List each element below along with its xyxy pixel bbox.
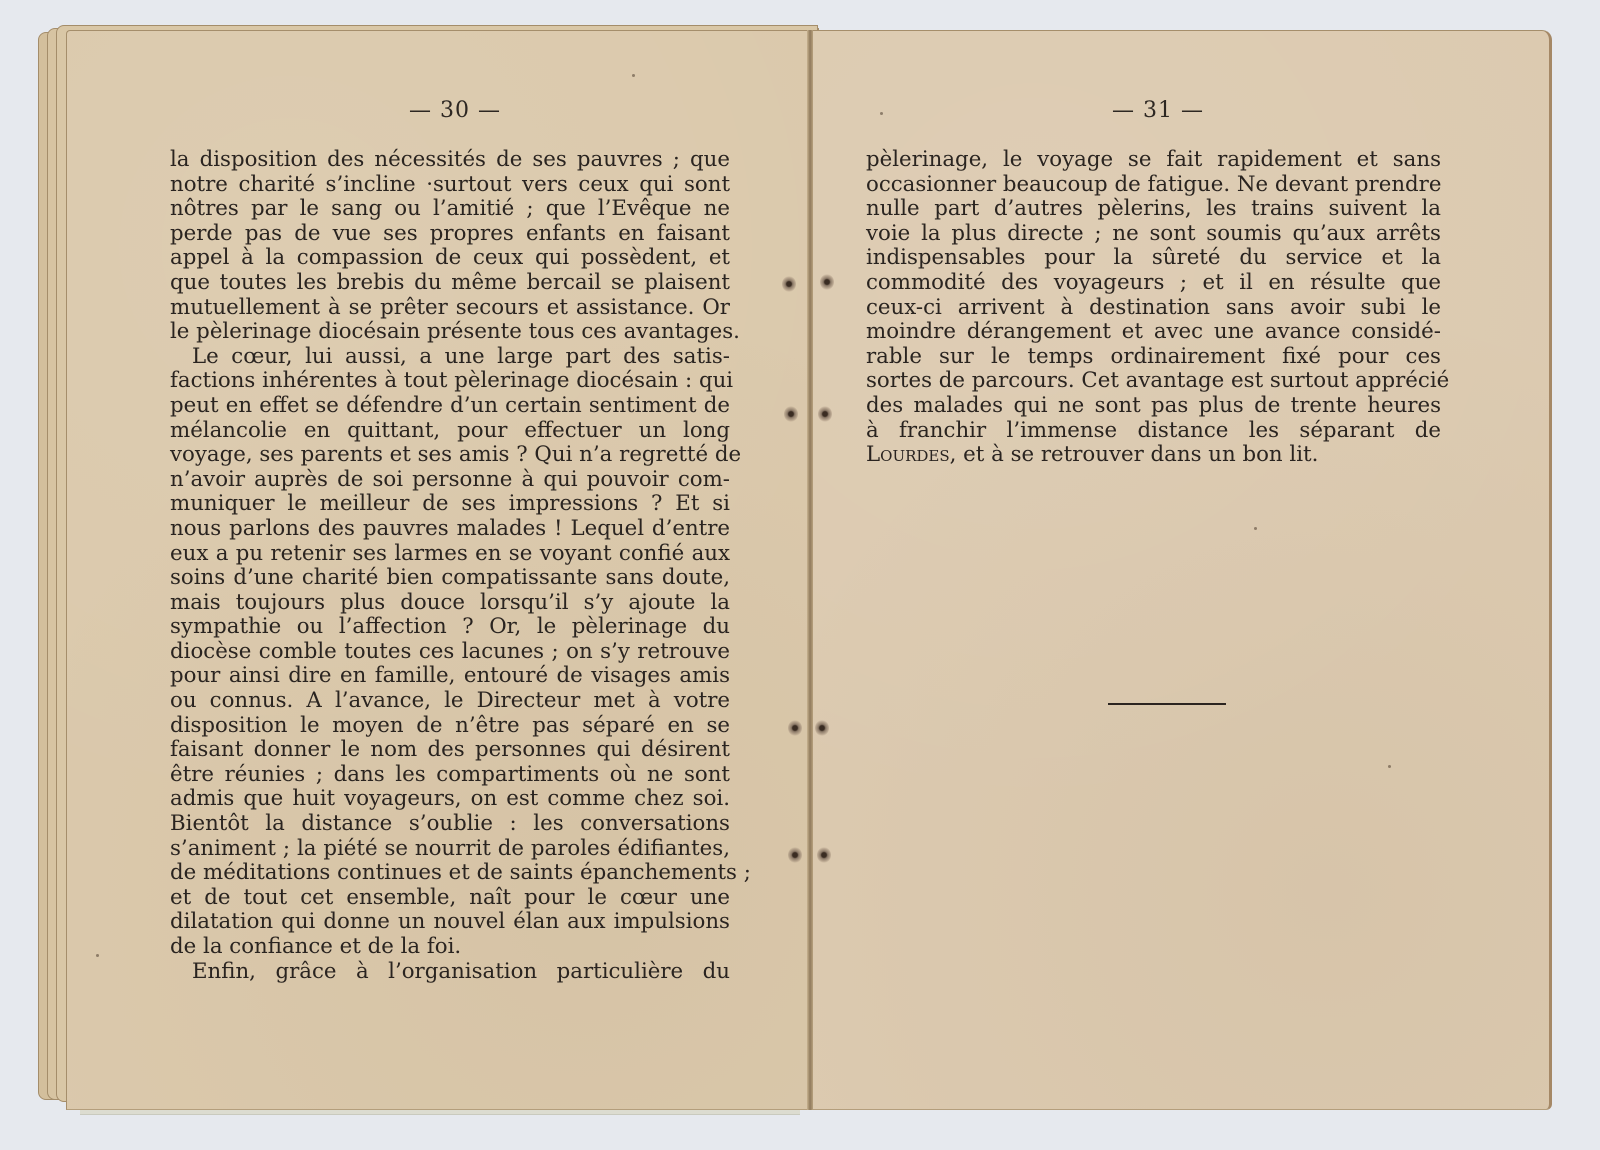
text-line: voie la plus directe ; ne sont soumis qu… <box>866 222 1441 247</box>
text-line: factions inhérentes à tout pèlerinage di… <box>170 369 730 394</box>
text-line: pèlerinage, le voyage se fait rapidement… <box>866 148 1441 173</box>
section-end-rule <box>1108 703 1226 705</box>
text-line: de méditations continues et de saints ép… <box>170 861 730 886</box>
text-line: nôtres par le sang ou l’amitié ; que l’E… <box>170 197 730 222</box>
text-line: s’animent ; la piété se nourrit de parol… <box>170 837 730 862</box>
paper-speck <box>1388 765 1391 768</box>
text-line: appel à la compassion de ceux qui possèd… <box>170 246 730 271</box>
text-line: mais toujours plus douce lorsqu’il s’y a… <box>170 591 730 616</box>
text-line: Enfin, grâce à l’organisation particuliè… <box>170 960 730 985</box>
text-line: que toutes les brebis du même bercail se… <box>170 271 730 296</box>
book-spine <box>807 30 813 1110</box>
text-line: occasionner beaucoup de fatigue. Ne deva… <box>866 173 1441 198</box>
text-line: voyage, ses parents et ses amis ? Qui n’… <box>170 443 730 468</box>
text-line: de la confiance et de la foi. <box>170 935 730 960</box>
text-line: sympathie ou l’affection ? Or, le pèleri… <box>170 615 730 640</box>
text-line: eux a pu retenir ses larmes en se voyant… <box>170 542 730 567</box>
text-line: notre charité s’incline ·surtout vers ce… <box>170 173 730 198</box>
text-line: dilatation qui donne un nouvel élan aux … <box>170 910 730 935</box>
text-line: soins d’une charité bien compatissante s… <box>170 566 730 591</box>
place-name-lourdes: Lourdes <box>866 442 950 467</box>
text-line: faisant donner le nom des personnes qui … <box>170 738 730 763</box>
text-line: Le cœur, lui aussi, a une large part des… <box>170 345 730 370</box>
text-line: la disposition des nécessités de ses pau… <box>170 148 730 173</box>
text-line: moindre dérangement et avec une avance c… <box>866 320 1441 345</box>
text-line: muniquer le meilleur de ses impressions … <box>170 492 730 517</box>
text-line: mélancolie en quittant, pour effectuer u… <box>170 419 730 444</box>
pinhole-icon <box>782 276 796 292</box>
text-line: à franchir l’immense distance les sépara… <box>866 419 1441 444</box>
pinhole-icon <box>788 847 802 863</box>
text-fragment: , et à se retrouver dans un bon lit. <box>950 442 1319 467</box>
pinhole-icon <box>788 720 802 736</box>
text-line: mutuellement à se prêter secours et assi… <box>170 296 730 321</box>
text-line: sortes de parcours. Cet avantage est sur… <box>866 369 1441 394</box>
text-line: perde pas de vue ses propres enfants en … <box>170 222 730 247</box>
pinhole-icon <box>784 406 798 422</box>
text-line: des malades qui ne sont pas plus de tren… <box>866 394 1441 419</box>
page-number-right: — 31 — <box>1058 98 1258 123</box>
text-line-final: Lourdes, et à se retrouver dans un bon l… <box>866 443 1441 468</box>
text-line: commodité des voyageurs ; et il en résul… <box>866 271 1441 296</box>
paper-speck <box>1254 527 1257 530</box>
pinhole-icon <box>818 406 832 422</box>
paper-speck <box>880 112 883 115</box>
text-line: disposition le moyen de n’être pas sépar… <box>170 714 730 739</box>
text-line: le pèlerinage diocésain présente tous ce… <box>170 320 730 345</box>
pinhole-icon <box>817 847 831 863</box>
text-line: peut en effet se défendre d’un certain s… <box>170 394 730 419</box>
text-line: nous parlons des pauvres malades ! Leque… <box>170 517 730 542</box>
text-line: et de tout cet ensemble, naît pour le cœ… <box>170 886 730 911</box>
paper-speck <box>96 954 99 957</box>
text-line: admis que huit voyageurs, on est comme c… <box>170 787 730 812</box>
text-line: ceux-ci arrivent à destination sans avoi… <box>866 296 1441 321</box>
text-line: n’avoir auprès de soi personne à qui pou… <box>170 468 730 493</box>
paper-speck <box>632 74 635 77</box>
text-line: rable sur le temps ordinairement fixé po… <box>866 345 1441 370</box>
text-line: Bientôt la distance s’oublie : les conve… <box>170 812 730 837</box>
page-number-left: — 30 — <box>355 98 555 123</box>
text-line: diocèse comble toutes ces lacunes ; on s… <box>170 640 730 665</box>
text-line: être réunies ; dans les compartiments où… <box>170 763 730 788</box>
pinhole-icon <box>820 274 834 290</box>
text-line: indispensables pour la sûreté du service… <box>866 246 1441 271</box>
right-page-body: pèlerinage, le voyage se fait rapidement… <box>866 148 1441 468</box>
left-page-body: la disposition des nécessités de ses pau… <box>170 148 730 984</box>
pinhole-icon <box>815 720 829 736</box>
text-line: pour ainsi dire en famille, entouré de v… <box>170 664 730 689</box>
text-line: ou connus. A l’avance, le Directeur met … <box>170 689 730 714</box>
text-line: nulle part d’autres pèlerins, les trains… <box>866 197 1441 222</box>
